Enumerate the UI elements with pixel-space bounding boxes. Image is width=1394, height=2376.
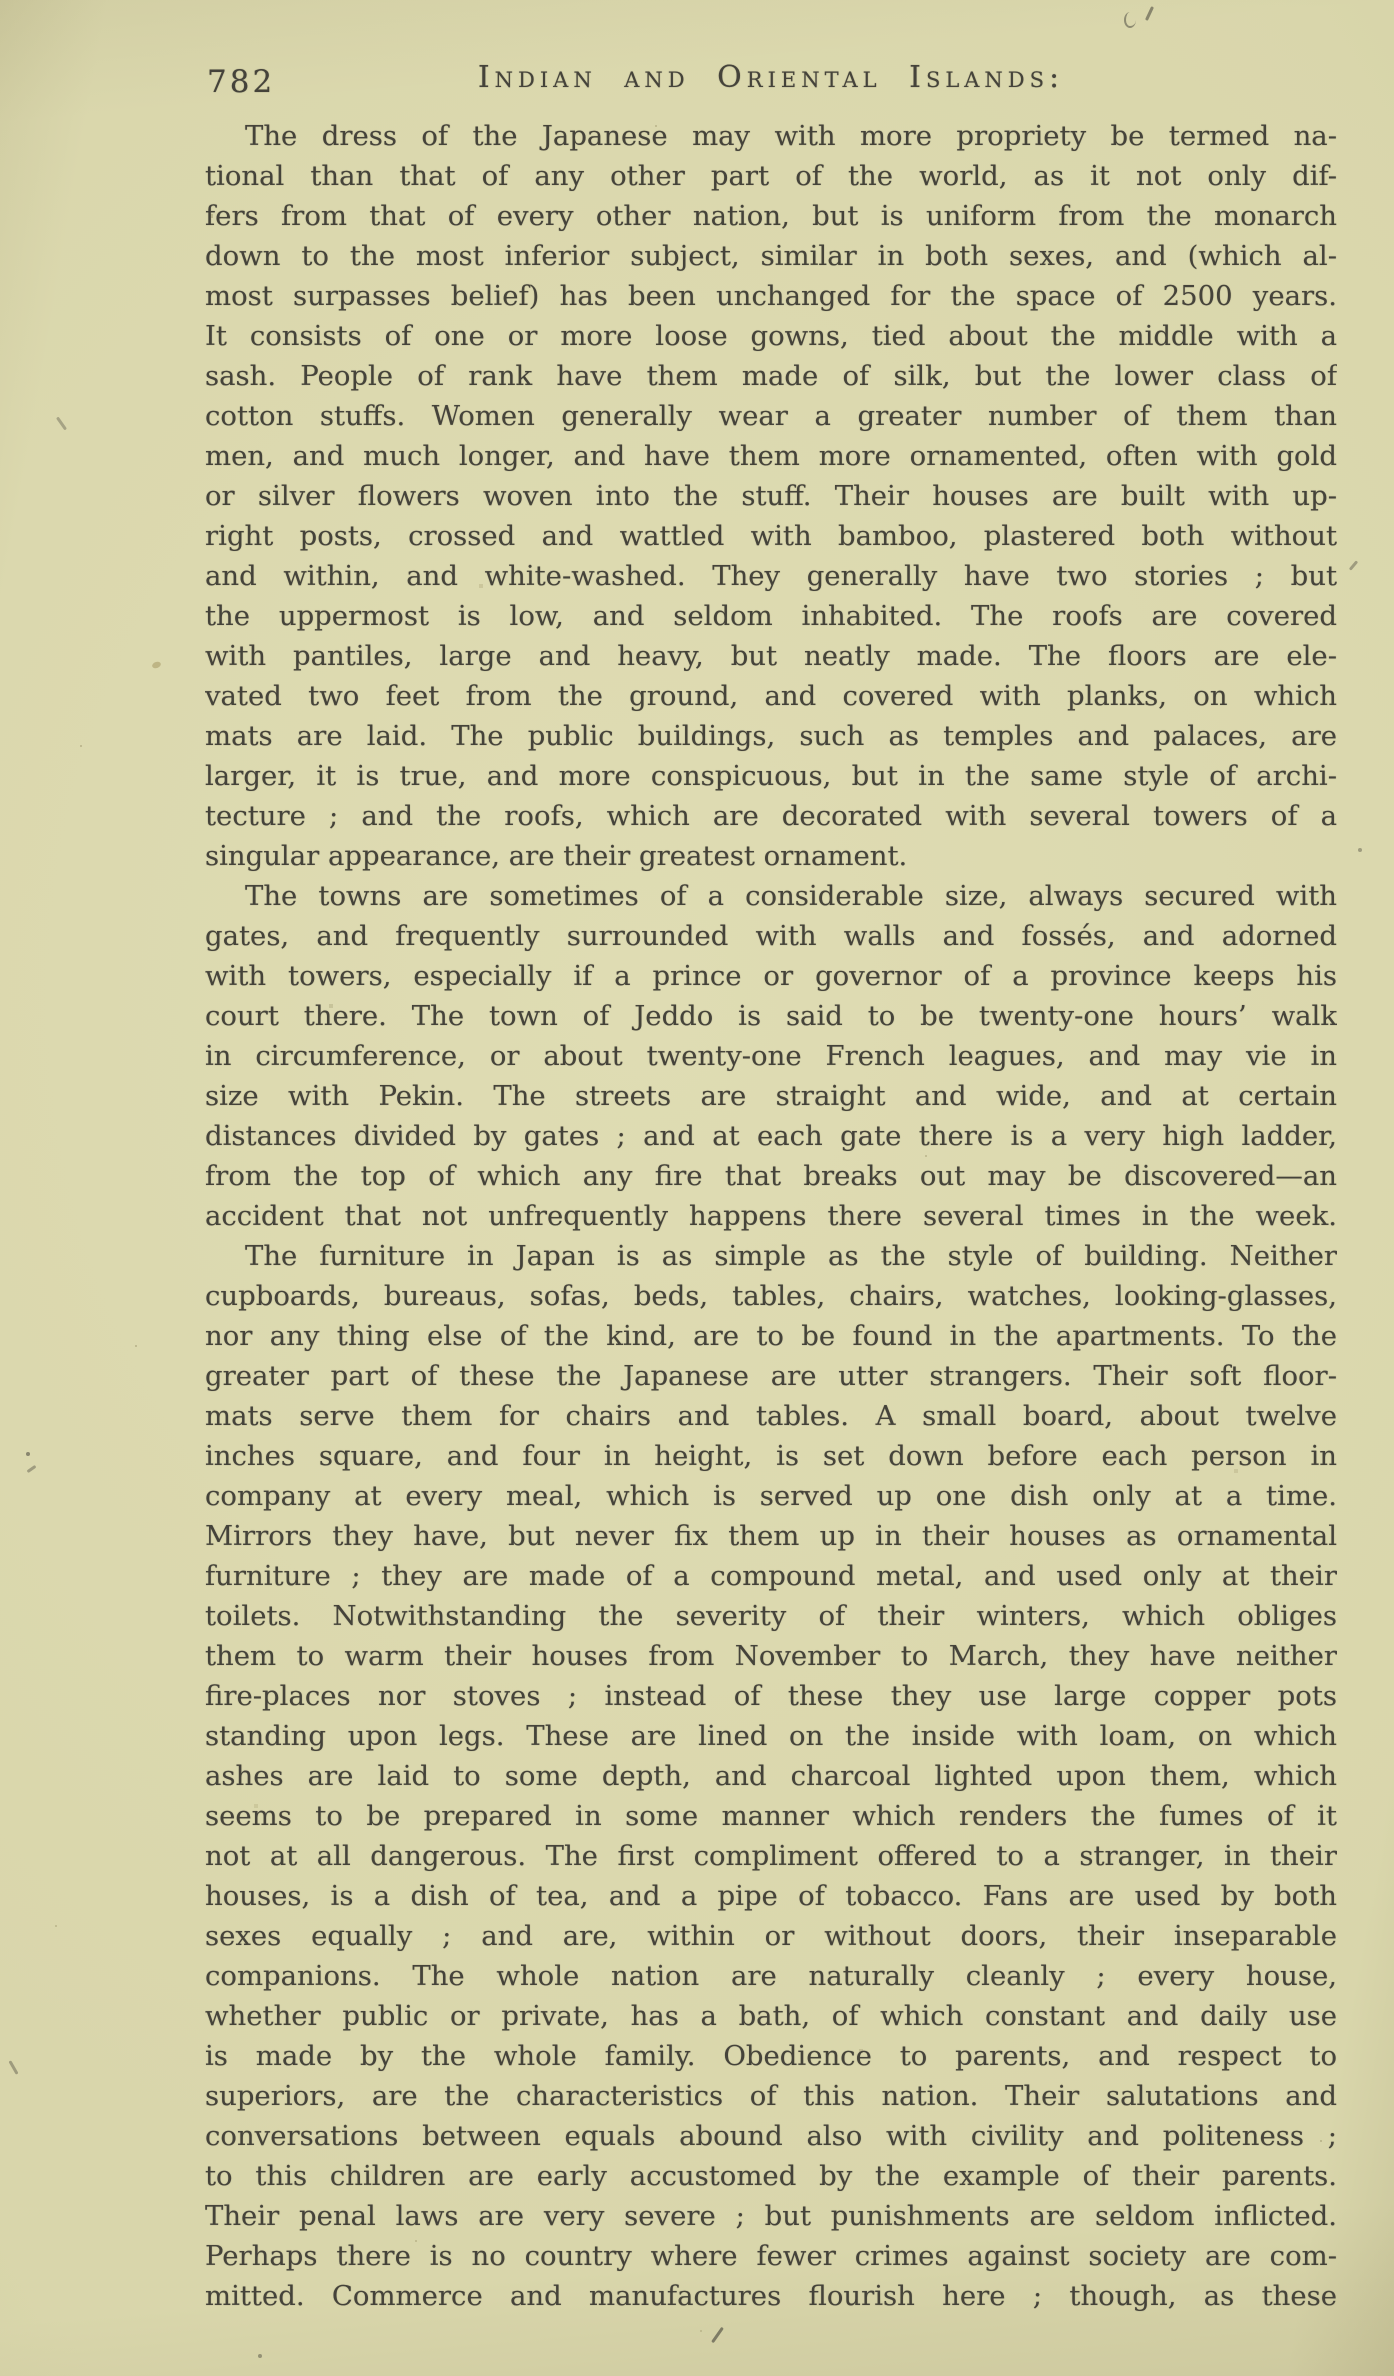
text-line: nor any thing else of the kind, are to b… <box>205 1316 1337 1356</box>
text-line: tecture ; and the roofs, which are decor… <box>205 796 1337 836</box>
text-line: singular appearance, are their greatest … <box>205 836 1337 876</box>
text-line: superiors, are the characteristics of th… <box>205 2076 1337 2116</box>
book-page: 782 Indian and Oriental Islands: The dre… <box>0 0 1394 2376</box>
text-line: to this children are early accustomed by… <box>205 2156 1337 2196</box>
text-line: distances divided by gates ; and at each… <box>205 1116 1337 1156</box>
ink-speck <box>1358 848 1362 852</box>
text-line: conversations between equals abound also… <box>205 2116 1337 2156</box>
text-line: mats serve them for chairs and tables. A… <box>205 1396 1337 1436</box>
text-line: court there. The town of Jeddo is said t… <box>205 996 1337 1036</box>
text-line: from the top of which any fire that brea… <box>205 1156 1337 1196</box>
ink-speck <box>27 1465 37 1473</box>
text-line: fers from that of every other nation, bu… <box>205 196 1337 236</box>
text-line: Their penal laws are very severe ; but p… <box>205 2196 1337 2236</box>
text-line: inches square, and four in height, is se… <box>205 1436 1337 1476</box>
text-line: fire-places nor stoves ; instead of thes… <box>205 1676 1337 1716</box>
running-title: Indian and Oriental Islands: <box>205 60 1337 95</box>
text-line: and within, and white-washed. They gener… <box>205 556 1337 596</box>
text-line: with towers, especially if a prince or g… <box>205 956 1337 996</box>
text-line: with pantiles, large and heavy, but neat… <box>205 636 1337 676</box>
text-line: gates, and frequently surrounded with wa… <box>205 916 1337 956</box>
text-line: vated two feet from the ground, and cove… <box>205 676 1337 716</box>
text-line: toilets. Notwithstanding the severity of… <box>205 1596 1337 1636</box>
text-line: most surpasses belief) has been unchange… <box>205 276 1337 316</box>
body-text: The dress of the Japanese may with more … <box>205 116 1337 2316</box>
text-line: cotton stuffs. Women generally wear a gr… <box>205 396 1337 436</box>
text-line: standing upon legs. These are lined on t… <box>205 1716 1337 1756</box>
text-line: sash. People of rank have them made of s… <box>205 356 1337 396</box>
paper-texture <box>0 0 2 2</box>
text-line: seems to be prepared in some manner whic… <box>205 1796 1337 1836</box>
text-line: The towns are sometimes of a considerabl… <box>205 876 1337 916</box>
text-line: down to the most inferior subject, simil… <box>205 236 1337 276</box>
text-line: Perhaps there is no country where fewer … <box>205 2236 1337 2276</box>
text-line: greater part of these the Japanese are u… <box>205 1356 1337 1396</box>
text-line: sexes equally ; and are, within or witho… <box>205 1916 1337 1956</box>
text-line: mats are laid. The public buildings, suc… <box>205 716 1337 756</box>
text-line: companions. The whole nation are natural… <box>205 1956 1337 1996</box>
ink-speck <box>1124 12 1136 28</box>
text-line: Mirrors they have, but never fix them up… <box>205 1516 1337 1556</box>
ink-speck <box>1145 6 1154 21</box>
text-line: mitted. Commerce and manufactures flouri… <box>205 2276 1337 2316</box>
text-line: them to warm their houses from November … <box>205 1636 1337 1676</box>
text-line: men, and much longer, and have them more… <box>205 436 1337 476</box>
ink-speck <box>26 1452 30 1456</box>
text-line: The furniture in Japan is as simple as t… <box>205 1236 1337 1276</box>
text-line: right posts, crossed and wattled with ba… <box>205 516 1337 556</box>
text-line: tional than that of any other part of th… <box>205 156 1337 196</box>
text-line: furniture ; they are made of a compound … <box>205 1556 1337 1596</box>
text-line: It consists of one or more loose gowns, … <box>205 316 1337 356</box>
text-line: whether public or private, has a bath, o… <box>205 1996 1337 2036</box>
text-line: size with Pekin. The streets are straigh… <box>205 1076 1337 1116</box>
text-line: The dress of the Japanese may with more … <box>205 116 1337 156</box>
text-line: in circumference, or about twenty-one Fr… <box>205 1036 1337 1076</box>
page-header: 782 Indian and Oriental Islands: <box>0 60 1394 106</box>
text-line: larger, it is true, and more conspicuous… <box>205 756 1337 796</box>
ink-speck <box>258 2354 262 2358</box>
text-line: not at all dangerous. The first complime… <box>205 1836 1337 1876</box>
text-line: accident that not unfrequently happens t… <box>205 1196 1337 1236</box>
text-line: houses, is a dish of tea, and a pipe of … <box>205 1876 1337 1916</box>
text-line: is made by the whole family. Obedience t… <box>205 2036 1337 2076</box>
text-line: company at every meal, which is served u… <box>205 1476 1337 1516</box>
text-line: or silver flowers woven into the stuff. … <box>205 476 1337 516</box>
text-line: ashes are laid to some depth, and charco… <box>205 1756 1337 1796</box>
text-line: cupboards, bureaus, sofas, beds, tables,… <box>205 1276 1337 1316</box>
ink-speck <box>711 2327 724 2343</box>
paper-stain <box>151 661 162 670</box>
text-line: the uppermost is low, and seldom inhabit… <box>205 596 1337 636</box>
ink-speck <box>8 2060 18 2074</box>
ink-speck <box>1349 560 1358 570</box>
ink-speck <box>56 416 67 430</box>
